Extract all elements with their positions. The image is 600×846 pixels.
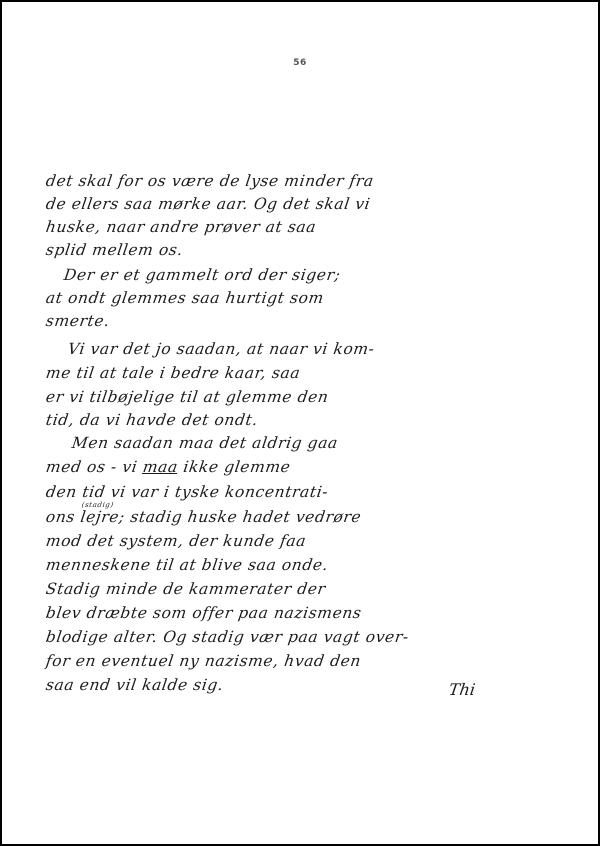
handwritten-line: mod det system, der kunde faa <box>45 532 308 550</box>
handwritten-line: splid mellem os. <box>45 241 185 259</box>
handwritten-line: blodige alter. Og stadig vær paa vagt ov… <box>45 628 410 646</box>
interlinear-insertion: (stadig) <box>81 501 114 509</box>
handwritten-line: (stadig) ons lejre; stadig huske hadet v… <box>45 508 363 526</box>
handwritten-line: Vi var det jo saadan, at naar vi kom- <box>67 340 376 358</box>
handwritten-line-with-underline: med os - vi maa ikke glemme <box>45 458 292 476</box>
handwritten-line: at ondt glemmes saa hurtigt som <box>45 289 325 307</box>
handwritten-line: Der er et gammelt ord der siger; <box>63 266 342 284</box>
handwritten-line: det skal for os være de lyse minder fra <box>45 172 375 190</box>
handwritten-line: den tid vi var i tyske koncentrati- <box>45 483 330 501</box>
handwritten-line: for en eventuel ny nazisme, hvad den <box>45 652 363 670</box>
line-text: ons lejre; stadig huske hadet vedrøre <box>45 508 363 526</box>
handwritten-line: me til at tale i bedre kaar, saa <box>45 364 302 382</box>
underlined-line-text: med os - vi maa ikke glemme <box>45 458 292 476</box>
handwritten-line: huske, naar andre prøver at saa <box>45 218 318 236</box>
handwritten-line: saa end vil kalde sig. <box>45 676 225 694</box>
handwritten-line: de ellers saa mørke aar. Og det skal vi <box>45 195 372 213</box>
handwritten-line: menneskene til at blive saa onde. <box>45 556 330 574</box>
handwritten-line: er vi tilbøjelige til at glemme den <box>45 388 330 406</box>
document-page: 56 det skal for os være de lyse minder f… <box>2 2 598 844</box>
handwritten-line: Stadig minde de kammerater der <box>45 580 327 598</box>
underlined-word: maa <box>142 458 180 476</box>
catchword: Thi <box>448 680 477 699</box>
page-number: 56 <box>2 58 598 68</box>
handwritten-line: blev dræbte som offer paa nazismens <box>45 604 363 622</box>
handwritten-line: Men saadan maa det aldrig gaa <box>71 434 339 452</box>
handwritten-line: smerte. <box>45 312 111 330</box>
handwritten-line: tid, da vi havde det ondt. <box>45 411 259 429</box>
